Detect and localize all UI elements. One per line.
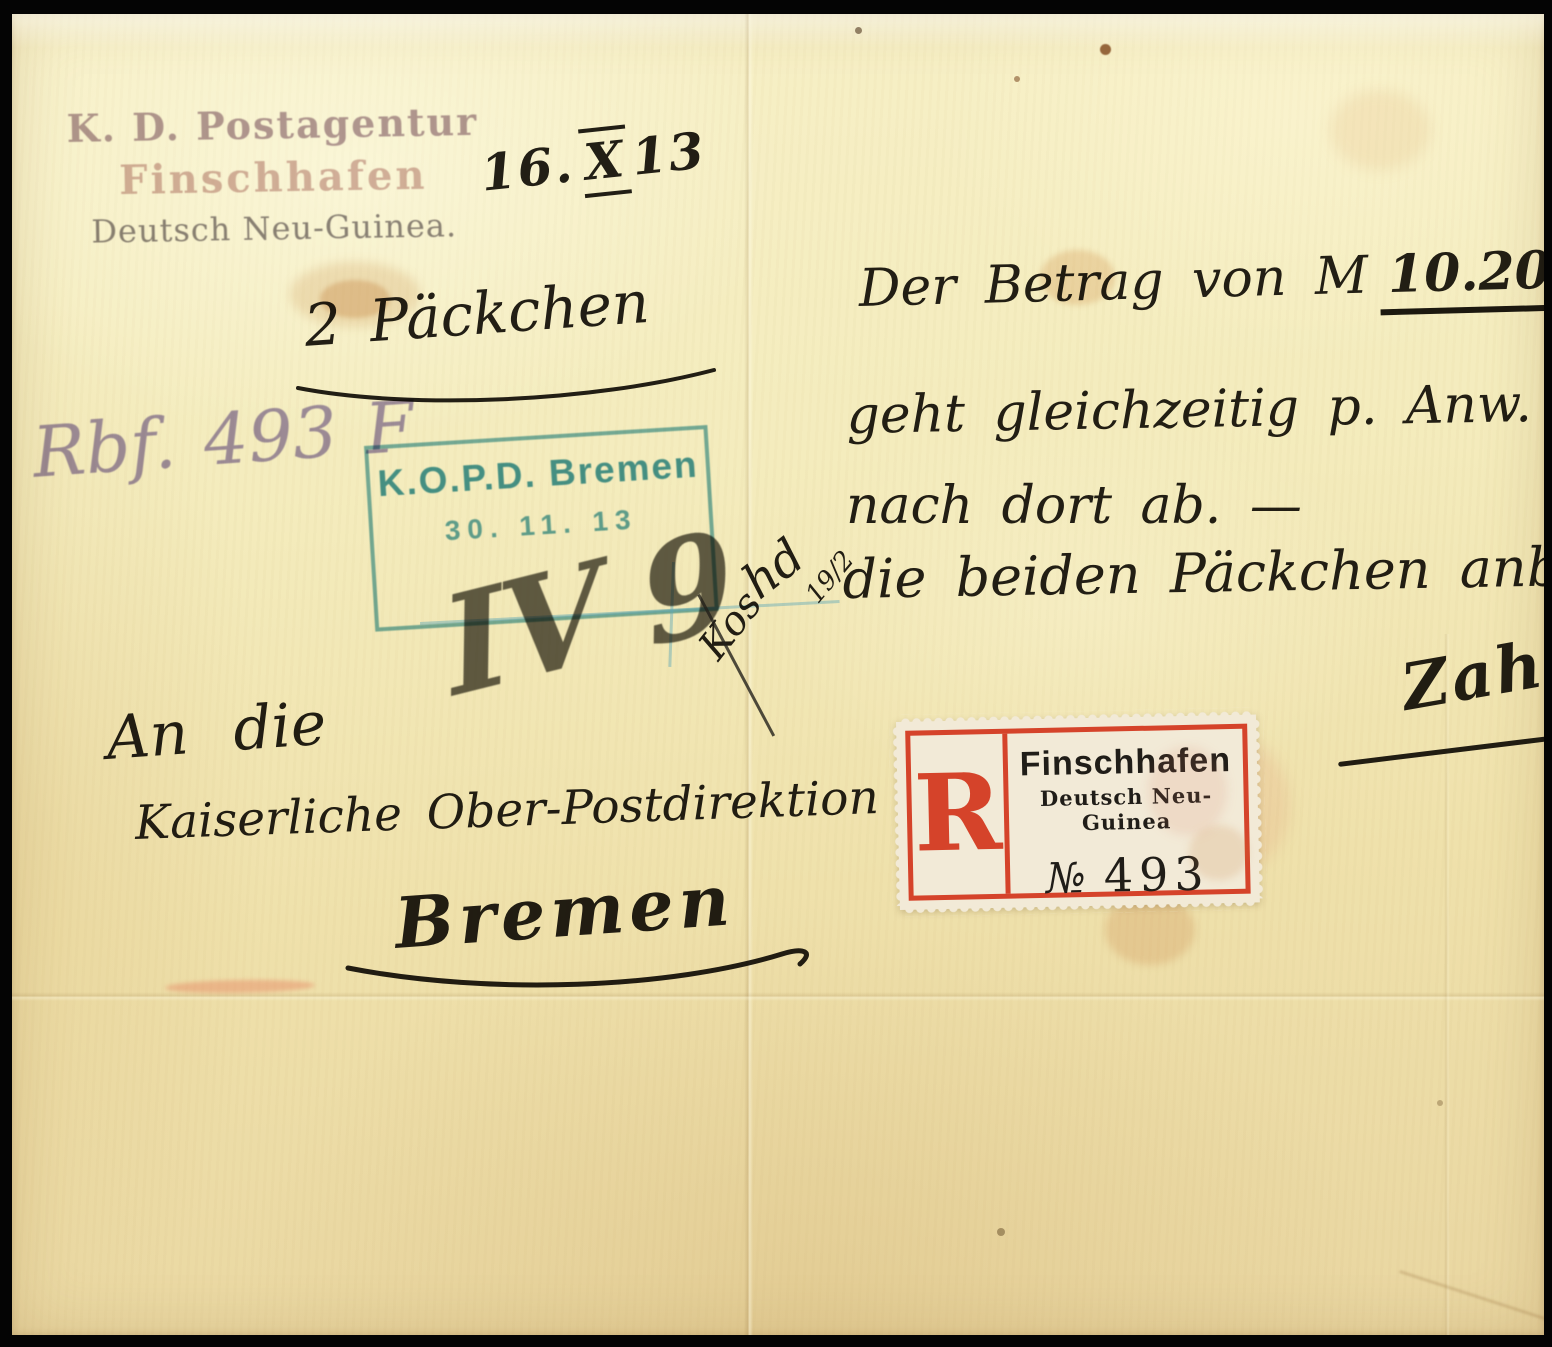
date-month-roman: X bbox=[578, 125, 632, 199]
photo-frame: K. D. Postagentur Finschhafen Deutsch Ne… bbox=[0, 0, 1552, 1347]
registration-label: R Finschhafen Deutsch Neu-Guinea №493 bbox=[896, 714, 1260, 909]
label-text-cell: Finschhafen Deutsch Neu-Guinea №493 bbox=[1007, 729, 1245, 894]
parcel-count-note: 2 Päckchen bbox=[302, 268, 651, 360]
corner-crease bbox=[1399, 1270, 1544, 1335]
date-year: 13 bbox=[629, 120, 708, 186]
address-line-2: Kaiserliche Ober-Postdirektion bbox=[134, 770, 880, 851]
date-note: 16.X13 bbox=[478, 120, 708, 202]
stain bbox=[1100, 44, 1111, 55]
label-territory: Deutsch Neu-Guinea bbox=[1008, 782, 1244, 837]
document-paper: K. D. Postagentur Finschhafen Deutsch Ne… bbox=[12, 14, 1544, 1335]
right-fold-line bbox=[1444, 634, 1450, 1335]
label-number-row: №493 bbox=[1010, 846, 1246, 905]
amount-underlined: 10.20 bbox=[1379, 240, 1544, 316]
paper-top-highlight bbox=[12, 14, 1544, 48]
label-perforation bbox=[900, 708, 1252, 723]
stain bbox=[855, 27, 862, 34]
message-line-1: Der Betrag von M10.20 bbox=[858, 240, 1544, 319]
violet-registry-note: Rbf. 493 F bbox=[30, 385, 417, 493]
arrival-stamp-office: K.O.P.D. Bremen bbox=[369, 443, 707, 505]
stain bbox=[997, 1228, 1005, 1236]
label-perforation bbox=[1255, 718, 1267, 898]
stain bbox=[1437, 1100, 1443, 1106]
date-day: 16. bbox=[478, 134, 577, 202]
label-perforation bbox=[889, 726, 901, 906]
stain bbox=[1014, 76, 1020, 82]
message-line-4: die beiden Päckchen anbei bbox=[842, 535, 1544, 611]
label-r-cell: R bbox=[910, 734, 1010, 896]
stain bbox=[165, 979, 315, 995]
signature: Zahn bbox=[1396, 618, 1544, 725]
stain bbox=[1330, 90, 1430, 170]
numero-sign: № bbox=[1046, 853, 1087, 903]
label-red-border: R Finschhafen Deutsch Neu-Guinea №493 bbox=[905, 724, 1250, 901]
registration-r-letter: R bbox=[913, 759, 1003, 867]
message-line-1-text: Der Betrag von M bbox=[858, 246, 1369, 319]
label-office: Finschhafen bbox=[1008, 741, 1244, 785]
label-number: 493 bbox=[1103, 846, 1210, 902]
cachet-line-2: Finschhafen bbox=[67, 151, 480, 205]
agency-cachet: K. D. Postagentur Finschhafen Deutsch Ne… bbox=[66, 99, 480, 251]
vertical-fold-line bbox=[744, 14, 753, 1335]
message-line-2: geht gleichzeitig p. Anw. M bbox=[846, 373, 1544, 446]
cachet-line-1: K. D. Postagentur bbox=[66, 99, 479, 151]
signature-underline bbox=[1338, 736, 1544, 767]
cachet-line-3: Deutsch Neu-Guinea. bbox=[68, 206, 481, 251]
label-perforation bbox=[904, 902, 1256, 917]
message-line-3: nach dort ab. — bbox=[846, 476, 1302, 536]
address-line-1: An die bbox=[104, 689, 329, 774]
address-underline-flourish bbox=[342, 938, 832, 1002]
